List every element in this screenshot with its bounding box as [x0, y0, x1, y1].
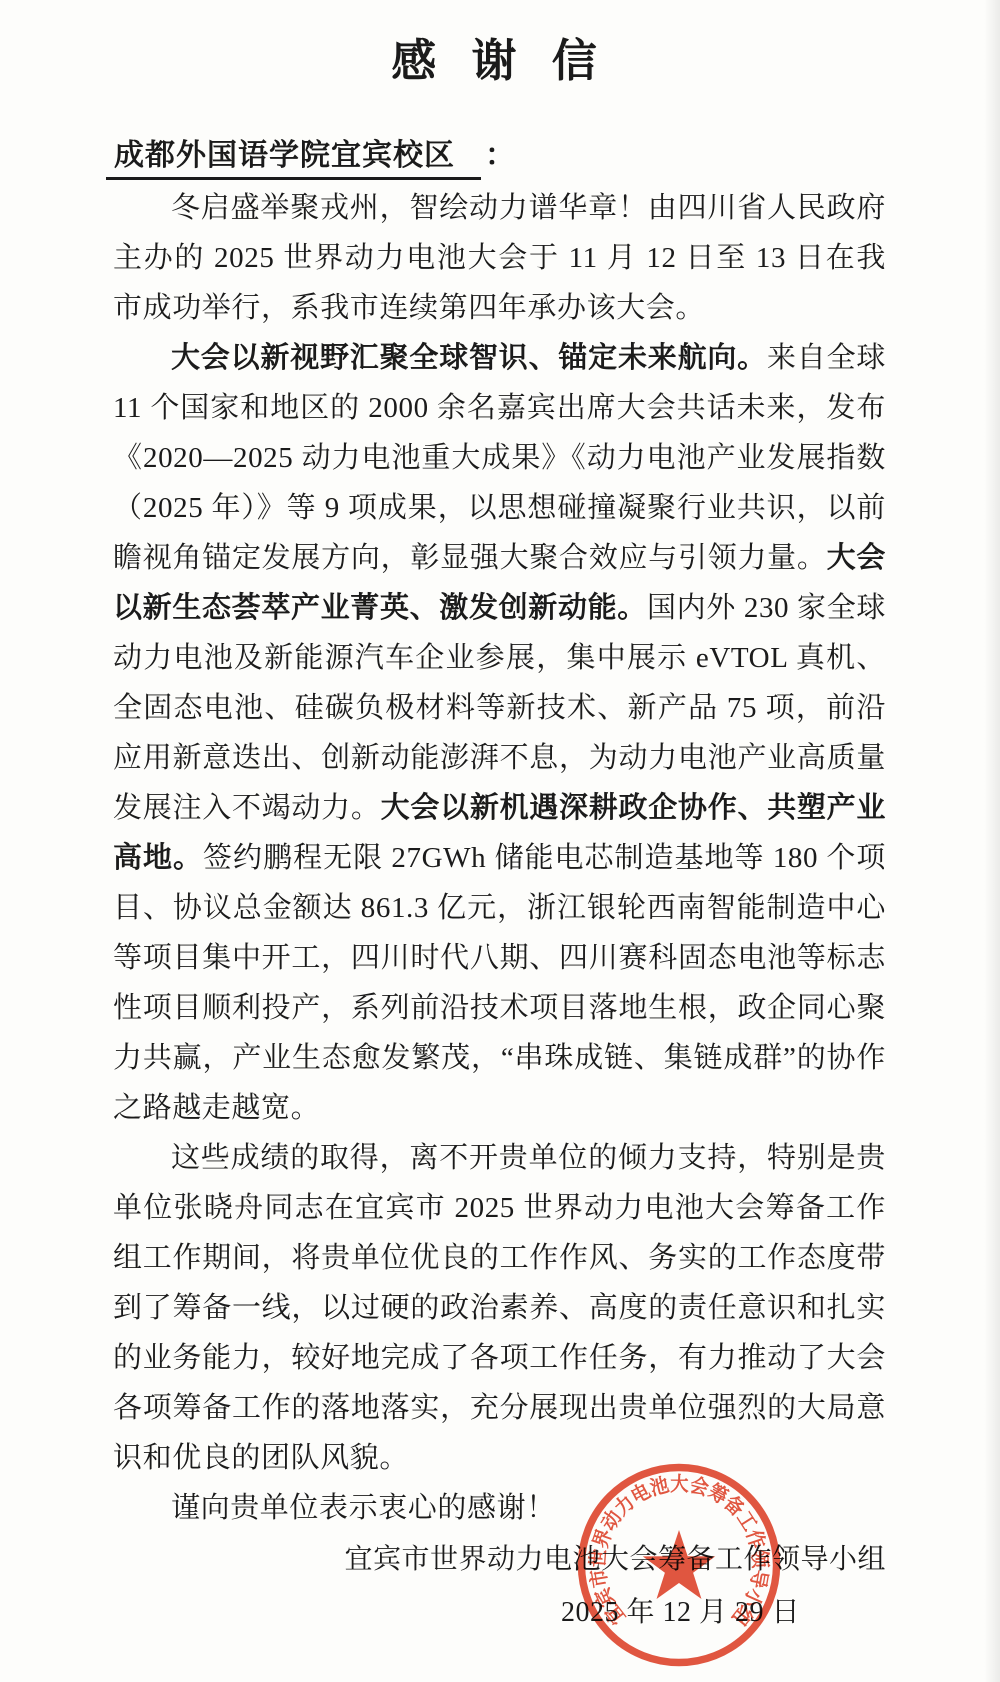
text-segment: 国内外 230 家全球动力电池及新能源汽车企业参展，集中展示 eVTOL 真机、…: [113, 592, 886, 824]
official-seal: 宜宾市世界动力电池大会筹备工作领导小组: [573, 1459, 785, 1671]
text-segment: 谨向贵单位表示衷心的感谢！: [171, 1492, 556, 1524]
salutation-colon: ：: [481, 139, 516, 172]
text-segment: 大会以新视野汇聚全球智识、锚定未来航向。: [171, 342, 767, 374]
text-segment: 这些成绩的取得，离不开贵单位的倾力支持，特别是贵单位张晓舟同志在宜宾市 2025…: [113, 1142, 886, 1474]
paragraph-opening: 冬启盛举聚戎州，智绘动力谱华章！由四川省人民政府主办的 2025 世界动力电池大…: [113, 183, 886, 333]
salutation: 成都外国语学院宜宾校区：: [106, 130, 516, 180]
paragraph-achievements: 大会以新视野汇聚全球智识、锚定未来航向。来自全球 11 个国家和地区的 2000…: [113, 333, 886, 1133]
letter-title: 感 谢 信: [0, 24, 1000, 89]
thank-you-letter-page: 感 谢 信 成都外国语学院宜宾校区： 冬启盛举聚戎州，智绘动力谱华章！由四川省人…: [0, 0, 1000, 1682]
text-segment: 来自全球 11 个国家和地区的 2000 余名嘉宾出席大会共话未来，发布《202…: [113, 342, 886, 574]
salutation-recipient: 成都外国语学院宜宾校区: [106, 130, 481, 180]
seal-star-icon: [643, 1530, 716, 1599]
paragraph-support: 这些成绩的取得，离不开贵单位的倾力支持，特别是贵单位张晓舟同志在宜宾市 2025…: [113, 1133, 886, 1483]
text-segment: 冬启盛举聚戎州，智绘动力谱华章！由四川省人民政府主办的 2025 世界动力电池大…: [113, 192, 886, 324]
text-segment: 签约鹏程无限 27GWh 储能电芯制造基地等 180 个项目、协议总金额达 86…: [113, 842, 886, 1124]
letter-body: 冬启盛举聚戎州，智绘动力谱华章！由四川省人民政府主办的 2025 世界动力电池大…: [113, 183, 886, 1533]
